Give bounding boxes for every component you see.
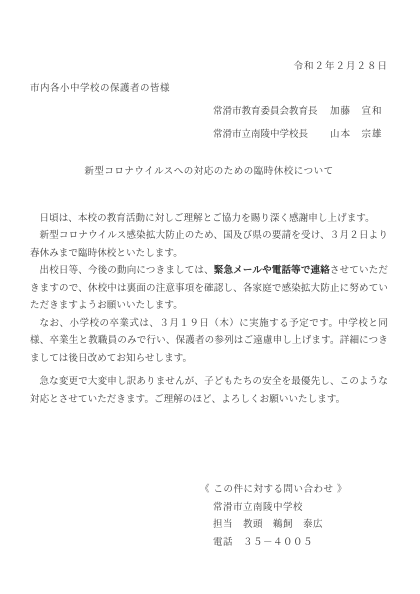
contact-phone: 電話 ３５－４００５ [200,534,388,552]
sender-title: 常滑市立南陵中学校長 [213,123,330,146]
letter-title: 新型コロナウイルスへの対応のための臨時休校について [30,163,388,181]
sender-row: 常滑市教育委員会教育長 加藤 宣和 [213,100,388,123]
sender-block: 常滑市教育委員会教育長 加藤 宣和 常滑市立南陵中学校長 山本 宗雄 [213,100,388,146]
sender-title: 常滑市教育委員会教育長 [213,100,330,123]
sender-row: 常滑市立南陵中学校長 山本 宗雄 [213,123,388,146]
emphasized-text: 緊急メールや電話等で連絡 [214,265,330,276]
contact-organization: 常滑市立南陵中学校 [200,499,388,517]
body-paragraph: なお、小学校の卒業式は、３月１９日（木）に実施する予定です。中学校と同様、卒業生… [30,315,388,368]
closing-paragraph: 急な変更で大変申し訳ありませんが、子どもたちの安全を最優先し、このような対応とさ… [30,373,388,408]
letter-addressee: 市内各小中学校の保護者の皆様 [30,80,388,98]
paragraph-text: 出校日等、今後の動向につきましては、 [40,265,214,276]
sender-name: 山本 宗雄 [330,123,383,146]
body-paragraph: 日頃は、本校の教育活動に対しご理解とご協力を賜り深く感謝申し上げます。 [30,210,388,228]
body-paragraph: 出校日等、今後の動向につきましては、緊急メールや電話等で連絡させていただきますの… [30,262,388,315]
letter-page: 令和２年２月２８日 市内各小中学校の保護者の皆様 常滑市教育委員会教育長 加藤 … [0,0,420,594]
letter-date: 令和２年２月２８日 [30,58,388,76]
body-paragraph: 新型コロナウイルス感染拡大防止のため、国及び県の要請を受け、３月２日より春休みま… [30,227,388,262]
contact-heading: 《 この件に対する問い合わせ 》 [200,481,388,499]
sender-name: 加藤 宣和 [330,100,383,123]
contact-person: 担当 教頭 鵜飼 泰広 [200,516,388,534]
letter-body: 日頃は、本校の教育活動に対しご理解とご協力を賜り深く感謝申し上げます。 新型コロ… [30,210,388,409]
contact-block: 《 この件に対する問い合わせ 》 常滑市立南陵中学校 担当 教頭 鵜飼 泰広 電… [200,481,388,551]
